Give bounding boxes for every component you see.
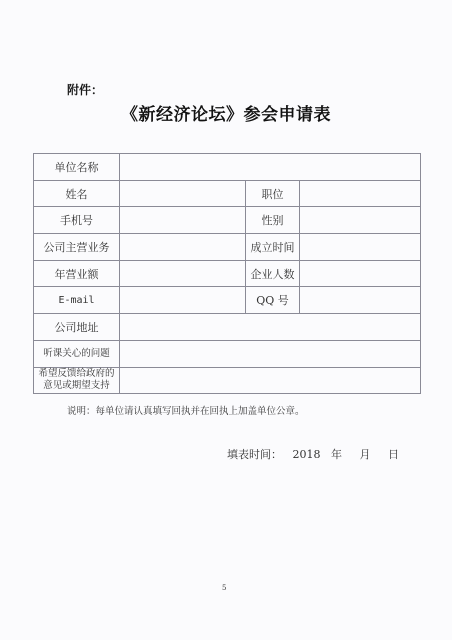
table-row: 听课关心的问题 (34, 340, 421, 367)
field-feedback-to-government[interactable] (120, 367, 421, 394)
label-main-business: 公司主营业务 (34, 234, 120, 261)
label-address: 公司地址 (34, 314, 120, 341)
label-employee-count: 企业人数 (246, 260, 300, 287)
field-main-business[interactable] (120, 234, 246, 261)
label-topics-of-interest: 听课关心的问题 (34, 340, 120, 367)
table-row: E-mail QQ 号 (34, 287, 421, 314)
label-company-name: 单位名称 (34, 154, 120, 181)
field-employee-count[interactable] (300, 260, 421, 287)
field-address[interactable] (120, 314, 421, 341)
table-row: 单位名称 (34, 154, 421, 181)
table-row: 姓名 职位 (34, 180, 421, 207)
table-row: 公司主营业务 成立时间 (34, 234, 421, 261)
label-position: 职位 (246, 180, 300, 207)
field-founded-date[interactable] (300, 234, 421, 261)
field-name[interactable] (120, 180, 246, 207)
field-topics-of-interest[interactable] (120, 340, 421, 367)
page-title: 《新经济论坛》参会申请表 (0, 100, 452, 125)
field-gender[interactable] (300, 207, 421, 234)
instruction-note: 说明：每单位请认真填写回执并在回执上加盖单位公章。 (67, 403, 305, 417)
label-phone: 手机号 (34, 207, 120, 234)
label-founded-date: 成立时间 (246, 234, 300, 261)
label-qq: QQ 号 (246, 287, 300, 314)
date-label: 填表时间： (227, 446, 282, 462)
date-month-unit: 月 (359, 446, 370, 462)
label-email: E-mail (34, 287, 120, 314)
date-year: 2018 (293, 448, 321, 461)
attachment-label: 附件： (67, 81, 103, 98)
label-name: 姓名 (34, 180, 120, 207)
label-feedback-line2: 意见或期望支持 (34, 380, 119, 392)
table-row: 公司地址 (34, 314, 421, 341)
fill-date: 填表时间： 2018 年 月 日 (227, 446, 399, 462)
field-company-name[interactable] (120, 154, 421, 181)
field-position[interactable] (300, 180, 421, 207)
label-feedback-to-government: 希望反馈给政府的 意见或期望支持 (34, 367, 120, 394)
label-gender: 性别 (246, 207, 300, 234)
table-row: 希望反馈给政府的 意见或期望支持 (34, 367, 421, 394)
table-row: 手机号 性别 (34, 207, 421, 234)
application-form-table: 单位名称 姓名 职位 手机号 性别 公司主营业务 成立时间 年营业额 企业人数 … (33, 153, 421, 394)
page-number: 5 (222, 584, 226, 592)
field-annual-revenue[interactable] (120, 260, 246, 287)
field-email[interactable] (120, 287, 246, 314)
field-qq[interactable] (300, 287, 421, 314)
date-day-unit: 日 (388, 446, 399, 462)
field-phone[interactable] (120, 207, 246, 234)
date-year-unit: 年 (331, 446, 342, 462)
table-row: 年营业额 企业人数 (34, 260, 421, 287)
label-feedback-line1: 希望反馈给政府的 (34, 368, 119, 380)
label-annual-revenue: 年营业额 (34, 260, 120, 287)
